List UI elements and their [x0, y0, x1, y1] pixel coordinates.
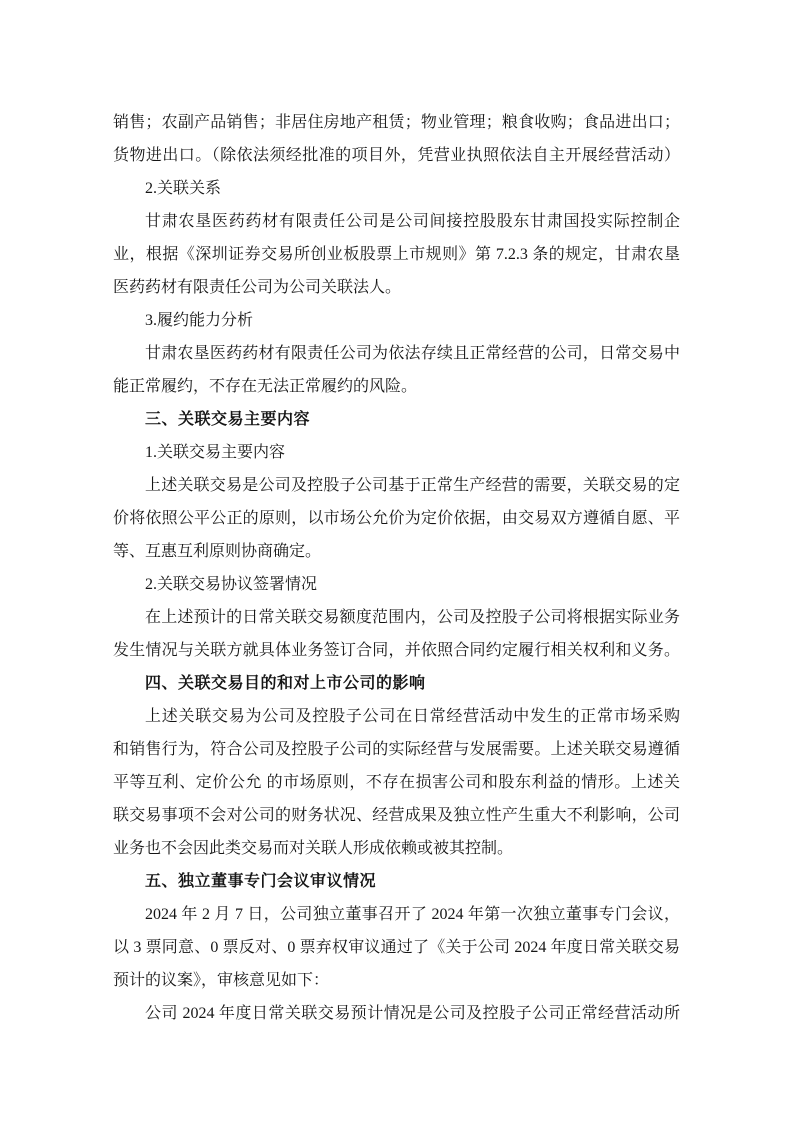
subheading-line: 1.关联交易主要内容: [113, 436, 680, 469]
text-line: 平等互利、定价公允 的市场原则，不存在损害公司和股东利益的情形。上述关: [113, 766, 680, 799]
text-line: 上述关联交易为公司及控股子公司在日常经营活动中发生的正常市场采购: [113, 700, 680, 733]
text-line: 预计的议案》，审核意见如下：: [113, 964, 680, 997]
text-line: 业务也不会因此类交易而对关联人形成依赖或被其控制。: [113, 832, 680, 865]
text-line: 能正常履约，不存在无法正常履约的风险。: [113, 370, 680, 403]
text-line: 销售；农副产品销售；非居住房地产租赁；物业管理；粮食收购；食品进出口；: [113, 106, 680, 139]
text-line: 甘肃农垦医药药材有限责任公司为依法存续且正常经营的公司，日常交易中: [113, 337, 680, 370]
text-line: 在上述预计的日常关联交易额度范围内，公司及控股子公司将根据实际业务: [113, 601, 680, 634]
text-line: 业，根据《深圳证券交易所创业板股票上市规则》第 7.2.3 条的规定，甘肃农垦: [113, 238, 680, 271]
text-line: 以 3 票同意、0 票反对、0 票弃权审议通过了《关于公司 2024 年度日常关…: [113, 931, 680, 964]
document-body: 销售；农副产品销售；非居住房地产租赁；物业管理；粮食收购；食品进出口； 货物进出…: [113, 106, 680, 1030]
text-line: 医药药材有限责任公司为公司关联法人。: [113, 271, 680, 304]
section-heading: 五、独立董事专门会议审议情况: [113, 865, 680, 898]
text-line: 上述关联交易是公司及控股子公司基于正常生产经营的需要，关联交易的定: [113, 469, 680, 502]
text-line: 公司 2024 年度日常关联交易预计情况是公司及控股子公司正常经营活动所: [113, 997, 680, 1030]
text-line: 甘肃农垦医药药材有限责任公司是公司间接控股股东甘肃国投实际控制企: [113, 205, 680, 238]
text-line: 联交易事项不会对公司的财务状况、经营成果及独立性产生重大不利影响，公司: [113, 799, 680, 832]
subheading-line: 3.履约能力分析: [113, 304, 680, 337]
text-line: 发生情况与关联方就具体业务签订合同，并依照合同约定履行相关权利和义务。: [113, 634, 680, 667]
section-heading: 三、关联交易主要内容: [113, 403, 680, 436]
text-line: 和销售行为，符合公司及控股子公司的实际经营与发展需要。上述关联交易遵循: [113, 733, 680, 766]
text-line: 2024 年 2 月 7 日，公司独立董事召开了 2024 年第一次独立董事专门…: [113, 898, 680, 931]
text-line: 价将依照公平公正的原则，以市场公允价为定价依据，由交易双方遵循自愿、平: [113, 502, 680, 535]
text-line: 货物进出口。（除依法须经批准的项目外，凭营业执照依法自主开展经营活动）: [113, 139, 680, 172]
text-line: 等、互惠互利原则协商确定。: [113, 535, 680, 568]
section-heading: 四、关联交易目的和对上市公司的影响: [113, 667, 680, 700]
subheading-line: 2.关联关系: [113, 172, 680, 205]
document-page: 销售；农副产品销售；非居住房地产租赁；物业管理；粮食收购；食品进出口； 货物进出…: [0, 0, 794, 1122]
subheading-line: 2.关联交易协议签署情况: [113, 568, 680, 601]
